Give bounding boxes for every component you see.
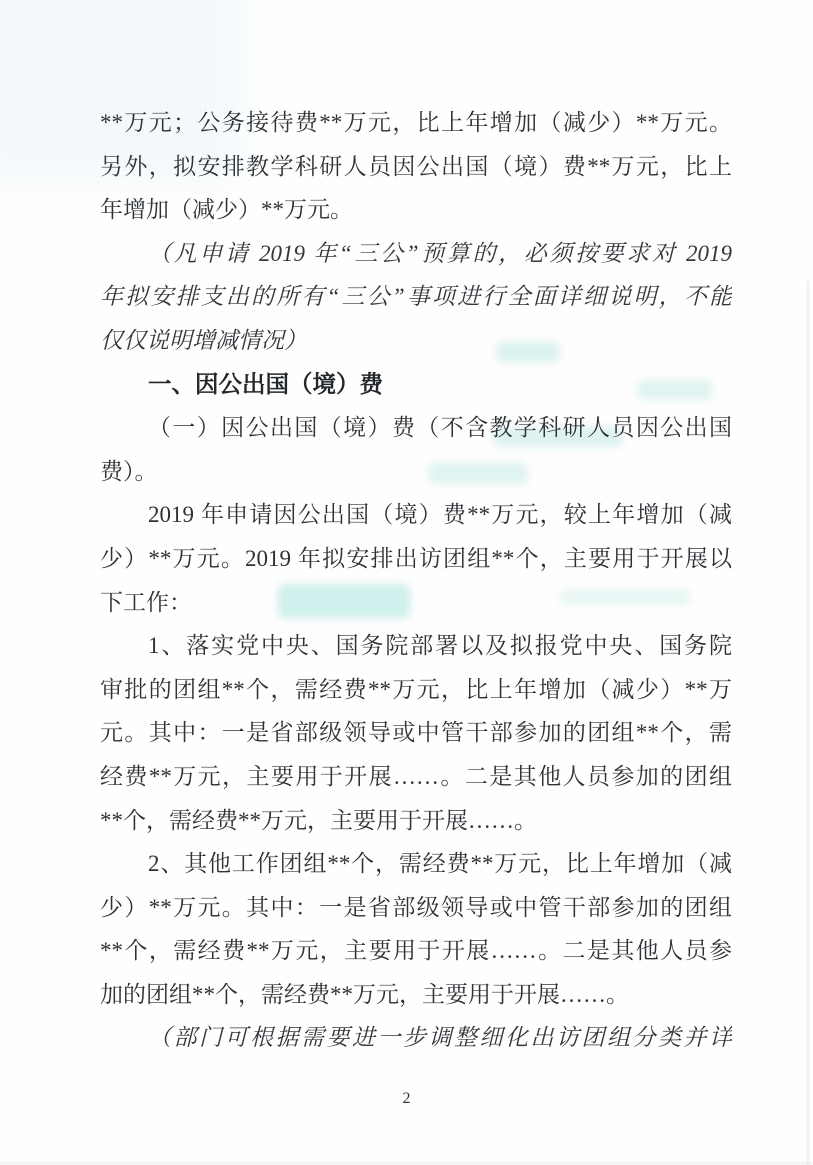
text-line: （凡申请 2019 年“三公”预算的，必须按要求对 2019 <box>100 232 732 276</box>
paragraph: （部门可根据需要进一步调整细化出访团组分类并详 <box>100 1016 732 1060</box>
text-line: **个，需经费**万元，主要用于开展……。二是其他人员参 <box>100 929 732 973</box>
document-page: **万元；公务接待费**万元，比上年增加（减少）**万元。另外，拟安排教学科研人… <box>0 0 813 1165</box>
text-line: 元。其中：一是省部级领导或中管干部参加的团组**个，需 <box>100 711 732 755</box>
text-line: 少）**万元。2019 年拟安排出访团组**个，主要用于开展以 <box>100 537 732 581</box>
text-line: （部门可根据需要进一步调整细化出访团组分类并详 <box>100 1016 732 1060</box>
paragraph: 1、落实党中央、国务院部署以及拟报党中央、国务院审批的团组**个，需经费**万元… <box>100 624 732 842</box>
text-line: 下工作： <box>100 581 732 625</box>
text-line: 2019 年申请因公出国（境）费**万元，较上年增加（减 <box>100 493 732 537</box>
text-line: 仅仅说明增减情况） <box>100 319 732 363</box>
text-line: 一、因公出国（境）费 <box>100 363 732 407</box>
page-edge-shadow-right <box>807 280 809 1165</box>
text-line: 另外，拟安排教学科研人员因公出国（境）费**万元，比上 <box>100 145 732 189</box>
text-line: 年拟安排支出的所有“三公”事项进行全面详细说明，不能 <box>100 275 732 319</box>
paragraph: 一、因公出国（境）费 <box>100 363 732 407</box>
text-line: 少）**万元。其中：一是省部级领导或中管干部参加的团组 <box>100 886 732 930</box>
paragraph: **万元；公务接待费**万元，比上年增加（减少）**万元。另外，拟安排教学科研人… <box>100 101 732 232</box>
document-body: **万元；公务接待费**万元，比上年增加（减少）**万元。另外，拟安排教学科研人… <box>100 101 732 1060</box>
text-line: （一）因公出国（境）费（不含教学科研人员因公出国 <box>100 406 732 450</box>
page-number: 2 <box>0 1090 813 1108</box>
text-line: **个，需经费**万元，主要用于开展……。 <box>100 799 732 843</box>
text-line: 审批的团组**个，需经费**万元，比上年增加（减少）**万 <box>100 668 732 712</box>
text-line: 年增加（减少）**万元。 <box>100 188 732 232</box>
text-line: 经费**万元，主要用于开展……。二是其他人员参加的团组 <box>100 755 732 799</box>
text-line: **万元；公务接待费**万元，比上年增加（减少）**万元。 <box>100 101 732 145</box>
paragraph: 2019 年申请因公出国（境）费**万元，较上年增加（减少）**万元。2019 … <box>100 493 732 624</box>
text-line: 加的团组**个，需经费**万元，主要用于开展……。 <box>100 973 732 1017</box>
paragraph: （一）因公出国（境）费（不含教学科研人员因公出国费）。 <box>100 406 732 493</box>
paragraph: 2、其他工作团组**个，需经费**万元，比上年增加（减少）**万元。其中：一是省… <box>100 842 732 1016</box>
text-line: 1、落实党中央、国务院部署以及拟报党中央、国务院 <box>100 624 732 668</box>
text-line: 费）。 <box>100 450 732 494</box>
text-line: 2、其他工作团组**个，需经费**万元，比上年增加（减 <box>100 842 732 886</box>
paragraph: （凡申请 2019 年“三公”预算的，必须按要求对 2019年拟安排支出的所有“… <box>100 232 732 363</box>
